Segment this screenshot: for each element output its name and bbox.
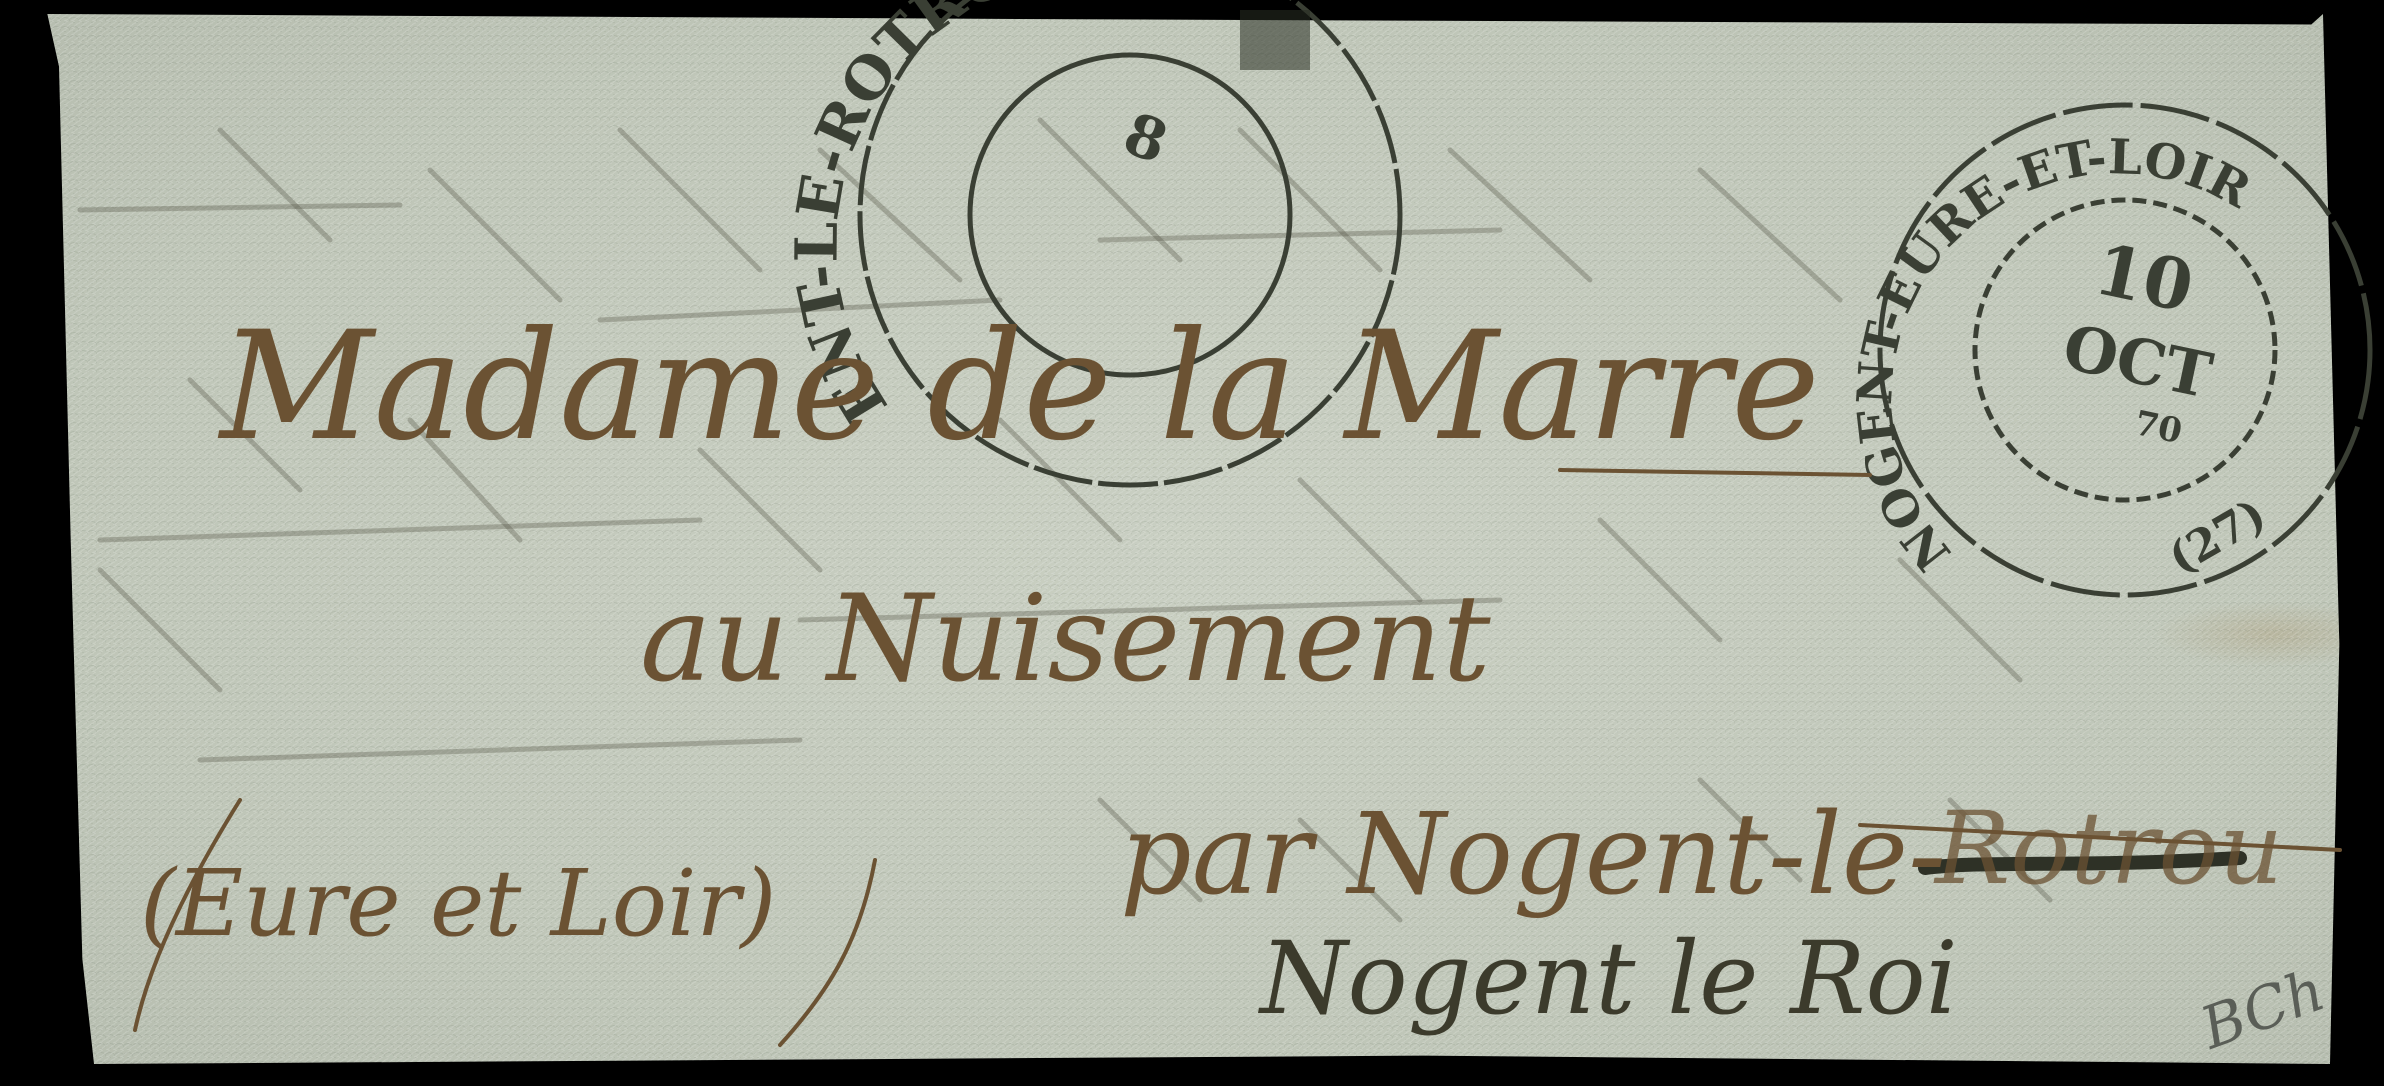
right-postmark: NOGENT-EURE-ET-LOIR 10 OCT 70 (27) xyxy=(1847,105,2370,595)
right-postmark-year: 70 xyxy=(2131,403,2186,452)
right-postmark-dept: (27) xyxy=(2160,489,2275,585)
address-line-2: au Nuisement xyxy=(640,570,1491,709)
address-line-3-left: (Eure et Loir) xyxy=(140,850,776,957)
right-postmark-month: OCT xyxy=(2057,310,2218,412)
struck-word: Rotrou xyxy=(1935,790,2283,907)
address-line-4: Nogent le Roi xyxy=(1260,920,1958,1037)
address-line-1: Madame de la Marre xyxy=(220,300,1820,474)
right-postmark-day: 10 xyxy=(2088,227,2201,328)
address-line-3-right: par Nogent-le- xyxy=(1120,790,1946,920)
left-postmark-number: 8 xyxy=(1115,99,1176,177)
